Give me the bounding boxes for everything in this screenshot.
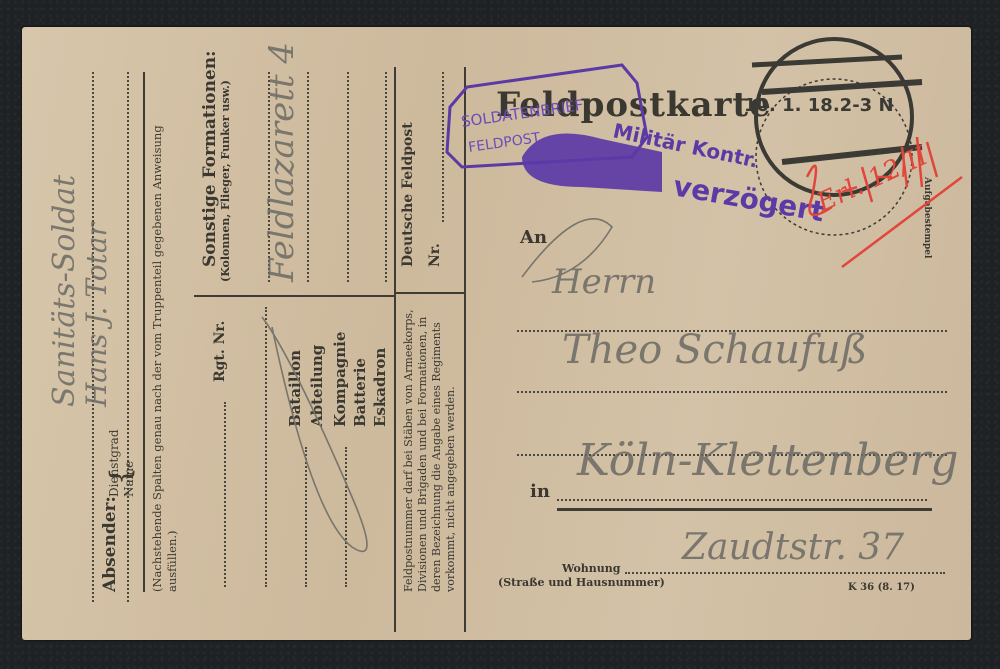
censor-box-text: SOLDATENBRIEF — [460, 96, 584, 131]
postmark-date: 10. 1. 18.2-3 N — [744, 95, 894, 116]
pencil-loop — [262, 317, 367, 551]
feldpostkarte: Absender: Dienstgrad Name { Sanitäts-Sol… — [22, 27, 971, 640]
purple-stamp-line2: verzögert — [671, 169, 827, 228]
pencil-flourish — [522, 219, 612, 282]
stamps-layer: 10. 1. 18.2-3 N SOLDATENBRIEF FELDPOST M… — [22, 27, 971, 640]
